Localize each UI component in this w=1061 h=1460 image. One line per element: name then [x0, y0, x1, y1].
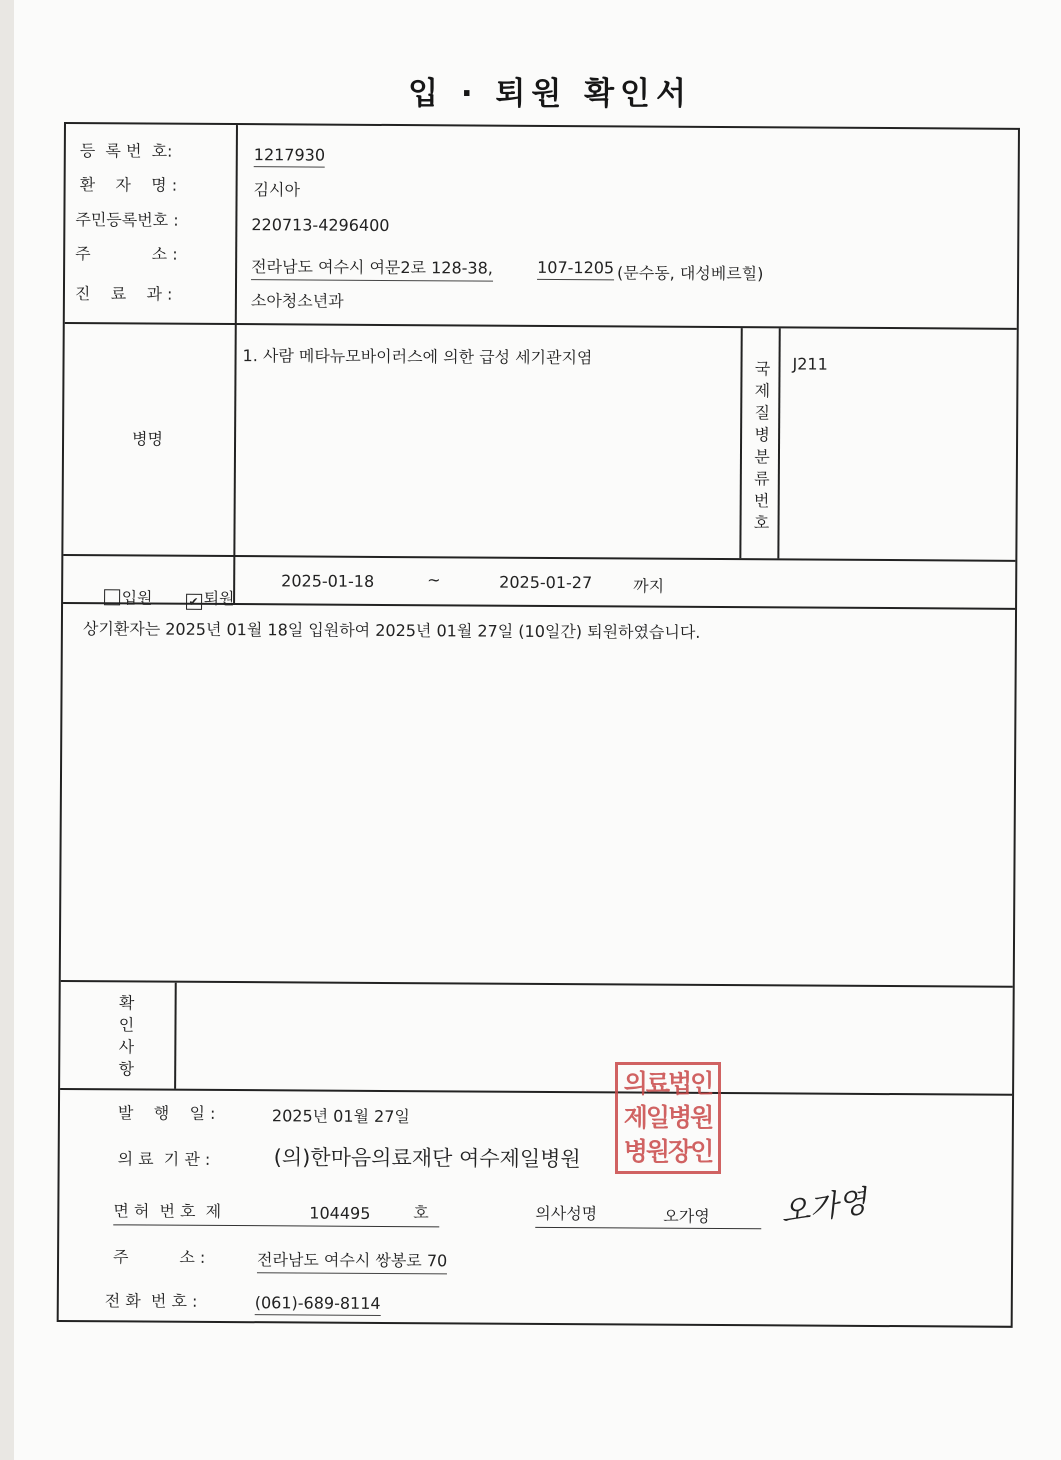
- address-part1: 전라남도 여수시 여문2로 128-38,: [251, 254, 493, 281]
- license-number: 104495: [309, 1204, 370, 1223]
- statement-section: 상기환자는 2025년 01월 18일 입원하여 2025년 01월 27일 (…: [61, 604, 1015, 988]
- phone-number: (061)-689-8114: [255, 1293, 381, 1316]
- doctor-name: 오가영: [663, 1204, 710, 1227]
- confirmation-notes-section: 확인사항: [60, 982, 1013, 1096]
- license-label: 면 허 번 호 제: [113, 1198, 221, 1222]
- end-date: 2025-01-27: [499, 573, 592, 593]
- issue-date: 2025년 01월 27일: [272, 1103, 410, 1127]
- confirmation-label: 확인사항: [116, 992, 137, 1080]
- issuer-section: 발 행 일 : 2025년 01월 27일 의 료 기 관 : (의)한마음의료…: [59, 1090, 1012, 1326]
- hospital-seal-stamp: 의료법인 제일병원 병원장인: [615, 1062, 721, 1174]
- patient-name-label: 환 자 명 :: [80, 172, 178, 196]
- stamp-line: 의료법인: [618, 1067, 718, 1101]
- divider: [777, 328, 780, 558]
- reg-no-label: 등 록 번 호:: [80, 138, 173, 162]
- doctor-line: 의사성명 오가영: [535, 1201, 761, 1229]
- license-line: 면 허 번 호 제 104495 호: [113, 1198, 439, 1227]
- address-label: 주 소 :: [75, 241, 178, 265]
- diagnosis-label: 병명: [132, 426, 163, 449]
- icd-code: J211: [792, 354, 827, 373]
- doctor-label: 의사성명: [535, 1201, 597, 1224]
- rrn-label: 주민등록번호 :: [75, 207, 178, 231]
- dept-label: 진 료 과 :: [75, 281, 173, 305]
- start-date: 2025-01-18: [281, 571, 374, 591]
- license-suffix: 호: [413, 1200, 429, 1223]
- admission-checkbox[interactable]: [104, 589, 120, 605]
- reg-no-value: 1217930: [254, 145, 325, 167]
- stamp-line: 병원장인: [618, 1135, 718, 1169]
- rrn-value: 220713-4296400: [251, 215, 389, 235]
- patient-info-section: 등 록 번 호: 1217930 환 자 명 : 김시아 주민등록번호 : 22…: [65, 124, 1018, 330]
- confirmation-form: 등 록 번 호: 1217930 환 자 명 : 김시아 주민등록번호 : 22…: [57, 122, 1020, 1328]
- stamp-line: 제일병원: [618, 1101, 718, 1135]
- diagnosis-section: 병명 1. 사람 메타뉴모바이러스에 의한 급성 세기관지염 국제질병분류번호 …: [63, 324, 1016, 562]
- divider: [174, 983, 177, 1089]
- address-part3: (문수동, 대성베르힐): [617, 260, 763, 284]
- divider: [233, 325, 236, 555]
- address-part2: 107-1205: [537, 258, 614, 280]
- institution-name: (의)한마음의료재단 여수제일병원: [274, 1141, 581, 1173]
- dept-value: 소아청소년과: [251, 288, 344, 312]
- patient-name-value: 김시아: [254, 177, 301, 200]
- hospital-address: 전라남도 여수시 쌍봉로 70: [257, 1247, 447, 1274]
- divider: [235, 125, 238, 323]
- issue-date-label: 발 행 일 :: [118, 1100, 216, 1124]
- phone-label: 전 화 번 호 :: [105, 1288, 198, 1312]
- hospital-address-label: 주 소 :: [113, 1244, 205, 1268]
- divider: [739, 328, 742, 558]
- diagnosis-text: 1. 사람 메타뉴모바이러스에 의한 급성 세기관지염: [243, 343, 593, 368]
- document-title: 입 · 퇴원 확인서: [0, 68, 1061, 113]
- institution-label: 의 료 기 관 :: [118, 1146, 211, 1170]
- date-separator: ~: [427, 570, 441, 589]
- until-text: 까지: [633, 573, 664, 596]
- stay-period-section: 입원 ✔퇴원 2025-01-18 ~ 2025-01-27 까지: [63, 556, 1015, 610]
- statement-text: 상기환자는 2025년 01월 18일 입원하여 2025년 01월 27일 (…: [83, 616, 701, 643]
- icd-label: 국제질병분류번호: [751, 358, 772, 534]
